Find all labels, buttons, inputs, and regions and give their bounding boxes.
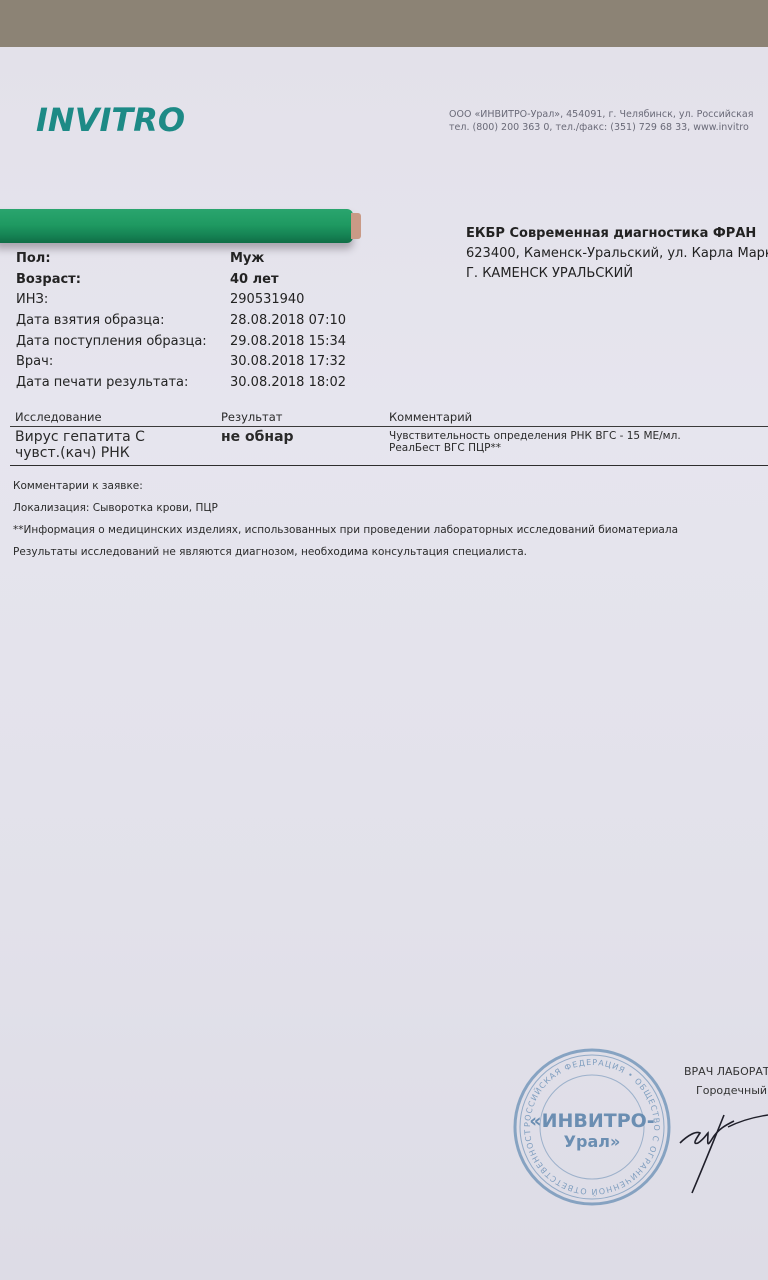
svg-text:Урал»: Урал» <box>564 1132 621 1151</box>
doctor-name: Городечный <box>684 1081 768 1100</box>
lab-city: Г. КАМЕНСК УРАЛЬСКИЙ <box>466 264 768 284</box>
test-name-line: Вирус гепатита С <box>15 429 221 445</box>
stamp-seal-icon: РОССИЙСКАЯ ФЕДЕРАЦИЯ • ОБЩЕСТВО С ОГРАНИ… <box>512 1047 672 1207</box>
pencil-redaction <box>0 209 353 243</box>
invitro-logo: INVITRO <box>36 101 185 139</box>
table-row: Вирус гепатита С чувст.(кач) РНК не обна… <box>10 427 768 466</box>
field-label: Дата печати результата: <box>16 375 230 390</box>
results-table: Исследование Результат Комментарий Вирус… <box>10 410 768 466</box>
field-value: 28.08.2018 07:10 <box>230 313 346 328</box>
organization-info: ООО «ИНВИТРО-Урал», 454091, г. Челябинск… <box>449 108 753 134</box>
notes-disclaimer: Результаты исследований не являются диаг… <box>13 541 678 563</box>
field-label: Врач: <box>16 354 230 369</box>
patient-row-doctor: Врач: 30.08.2018 17:32 <box>16 351 346 372</box>
handwritten-signature-icon <box>678 1105 768 1195</box>
patient-row-received-date: Дата поступления образца: 29.08.2018 15:… <box>16 331 346 352</box>
lab-address: 623400, Каменск-Уральский, ул. Карла Мар… <box>466 244 768 264</box>
column-header-comment: Комментарий <box>389 410 768 426</box>
column-header-test: Исследование <box>10 410 221 426</box>
doctor-title: ВРАЧ ЛАБОРАТ <box>684 1062 768 1081</box>
notes-localization: Локализация: Сыворотка крови, ПЦР <box>13 497 678 519</box>
field-label: Возраст: <box>16 272 230 287</box>
column-header-result: Результат <box>221 410 389 426</box>
field-label: Дата взятия образца: <box>16 313 230 328</box>
test-comment: Чувствительность определения РНК ВГС - 1… <box>389 427 768 465</box>
test-result: не обнар <box>221 427 389 465</box>
patient-row-sex: Пол: Муж <box>16 248 346 269</box>
field-label: Пол: <box>16 251 230 266</box>
comment-line: РеалБест ВГС ПЦР** <box>389 442 768 454</box>
patient-row-sample-date: Дата взятия образца: 28.08.2018 07:10 <box>16 310 346 331</box>
org-address: ООО «ИНВИТРО-Урал», 454091, г. Челябинск… <box>449 108 753 121</box>
field-label: ИНЗ: <box>16 292 230 307</box>
patient-info: Пол: Муж Возраст: 40 лет ИНЗ: 290531940 … <box>16 248 346 393</box>
order-notes: Комментарии к заявке: Локализация: Сывор… <box>13 475 678 563</box>
lab-info: ЕКБР Современная диагностика ФРАН 623400… <box>466 224 768 284</box>
test-name-line: чувст.(кач) РНК <box>15 445 221 461</box>
field-value: 30.08.2018 17:32 <box>230 354 346 369</box>
svg-text:«ИНВИТРО-: «ИНВИТРО- <box>529 1110 654 1132</box>
notes-info: **Информация о медицинских изделиях, исп… <box>13 519 678 541</box>
patient-row-inz: ИНЗ: 290531940 <box>16 289 346 310</box>
field-label: Дата поступления образца: <box>16 334 230 349</box>
test-name: Вирус гепатита С чувст.(кач) РНК <box>10 427 221 465</box>
notes-title: Комментарии к заявке: <box>13 475 678 497</box>
field-value: 40 лет <box>230 272 279 287</box>
org-phones: тел. (800) 200 363 0, тел./факс: (351) 7… <box>449 121 753 134</box>
field-value: 290531940 <box>230 292 304 307</box>
field-value: 29.08.2018 15:34 <box>230 334 346 349</box>
field-value: Муж <box>230 251 264 266</box>
patient-row-age: Возраст: 40 лет <box>16 269 346 290</box>
patient-row-print-date: Дата печати результата: 30.08.2018 18:02 <box>16 372 346 393</box>
lab-name: ЕКБР Современная диагностика ФРАН <box>466 224 768 244</box>
field-value: 30.08.2018 18:02 <box>230 375 346 390</box>
results-table-header: Исследование Результат Комментарий <box>10 410 768 427</box>
comment-line: Чувствительность определения РНК ВГС - 1… <box>389 430 768 442</box>
doctor-signature-block: ВРАЧ ЛАБОРАТ Городечный <box>684 1062 768 1100</box>
